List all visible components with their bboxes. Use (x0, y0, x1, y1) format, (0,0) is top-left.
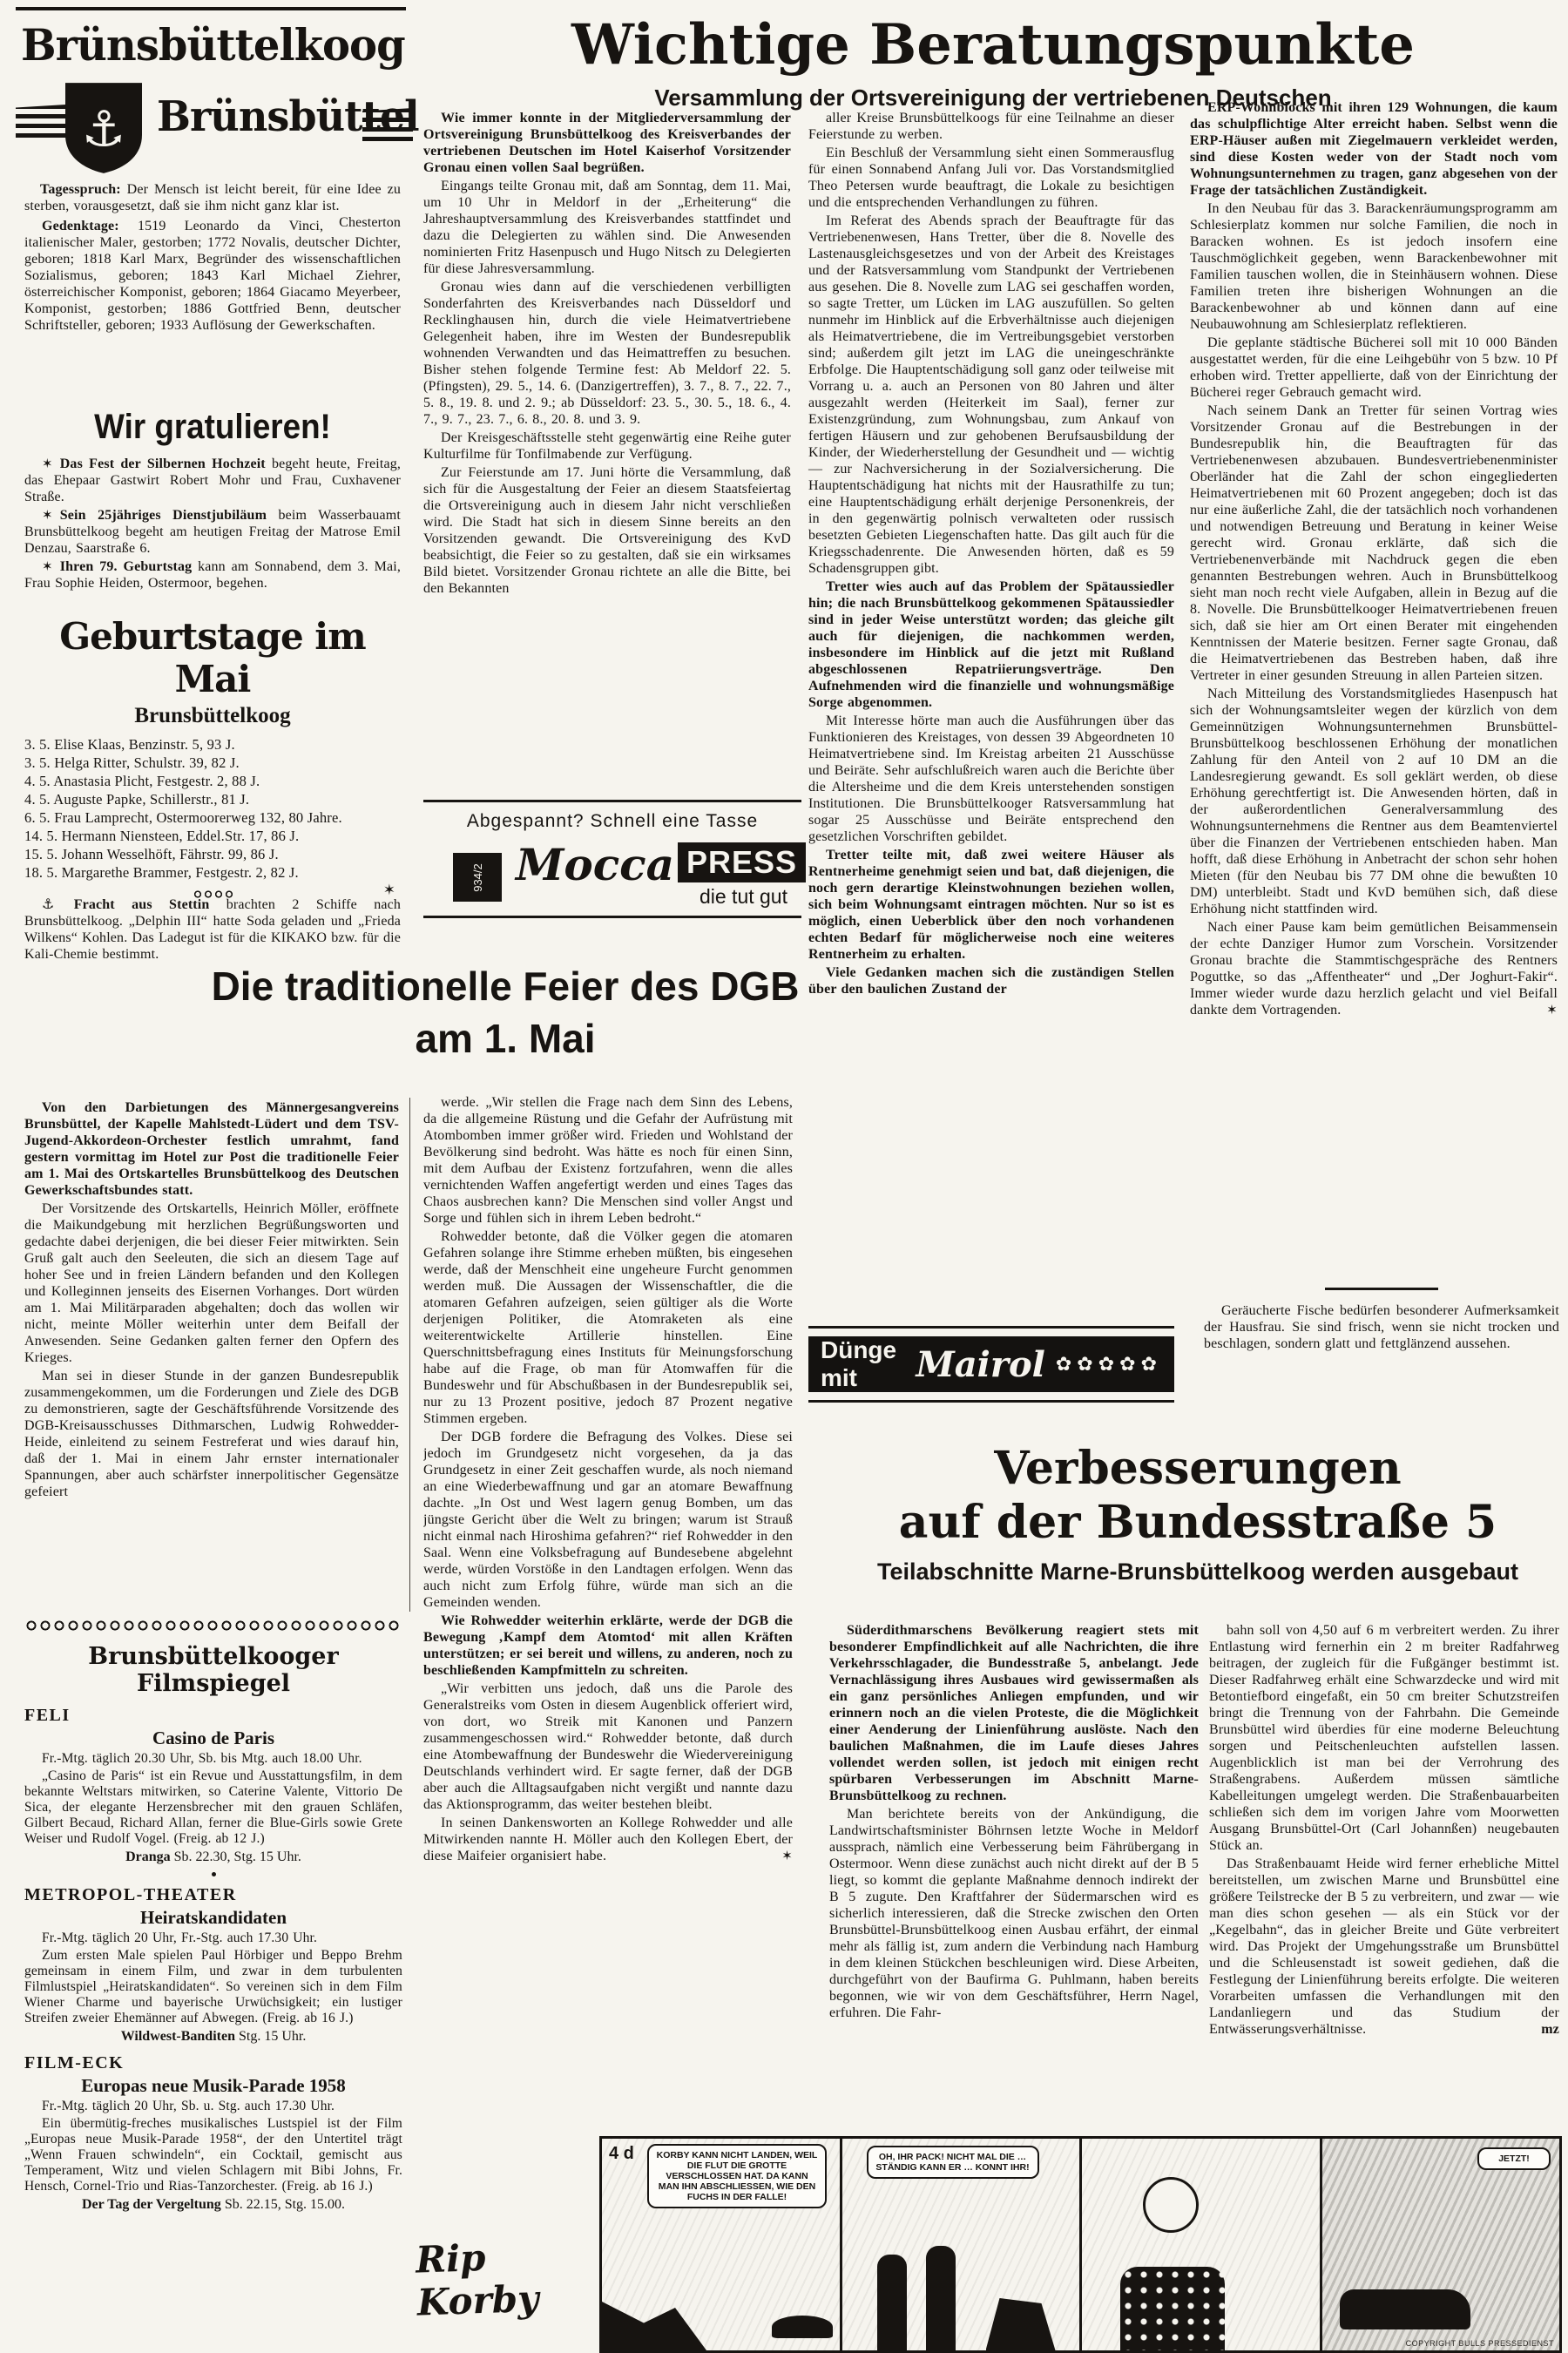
film-title: Casino de Paris (24, 1728, 402, 1749)
paragraph: 4. 5. Auguste Papke, Schillerstr., 81 J. (24, 790, 401, 808)
paragraph: Süderdithmarschens Bevölkerung reagiert … (829, 1622, 1199, 1804)
ship-icon: ⚓ (42, 896, 74, 912)
film-times: Fr.-Mtg. täglich 20 Uhr, Fr.-Stg. auch 1… (24, 1930, 402, 1946)
paragraph: Man berichtete bereits von der Ankündigu… (829, 1806, 1199, 2021)
speech-bubble: Korby kann nicht landen, weil die Flut d… (647, 2144, 827, 2208)
main-article-col1: Wie immer konnte in der Mitgliederversam… (423, 110, 791, 598)
paragraph: Ein Beschluß der Versammlung sieht einen… (808, 145, 1174, 211)
strasse-headline-line1: Verbesserungen (832, 1442, 1564, 1496)
ad-code-box: 934/2 (453, 853, 502, 902)
film-times: Fr.-Mtg. täglich 20.30 Uhr, Sb. bis Mtg.… (24, 1751, 402, 1767)
paragraph: Zur Feierstunde am 17. Juni hörte die Ve… (423, 464, 791, 597)
car-silhouette (1340, 2289, 1470, 2329)
film-extra: Der Tag der Vergeltung Sb. 22.15, Stg. 1… (24, 2197, 402, 2213)
figure-silhouette (877, 2255, 907, 2350)
paragraph: Gronau wies dann auf die verschiedenen v… (423, 279, 791, 428)
boat-silhouette (772, 2316, 833, 2338)
strasse-article-col2: bahn soll von 4,50 auf 6 m verbreitert w… (1209, 1622, 1559, 2039)
fische-note: Geräucherte Fische bedürfen besonderer A… (1204, 1288, 1559, 1354)
film-extra: Dranga Sb. 22.30, Stg. 15 Uhr. (24, 1849, 402, 1865)
paragraph: Nach einer Pause kam beim gemütlichen Be… (1190, 919, 1558, 1018)
gratulieren-item: ✶Das Fest der Silbernen Hochzeit begeht … (24, 456, 401, 505)
dgb-article-col2: werde. „Wir stellen die Frage nach dem S… (423, 1094, 793, 2127)
cinema-name: METROPOL-THEATER (24, 1885, 402, 1905)
film-extra: Wildwest-Banditen Stg. 15 Uhr. (24, 2029, 402, 2045)
gedenktage: Gedenktage: 1519 Leonardo da Vinci, ital… (24, 218, 401, 334)
geburtstage-section: Geburtstage im Mai Brunsbüttelkoog 3. 5.… (24, 615, 401, 898)
strip-label: 4 d (609, 2144, 634, 2164)
end-star-icon: ✶ (781, 1848, 793, 1864)
town-crest-icon: ⚓ (61, 80, 146, 176)
copyright-line: COPYRIGHT BULLS PRESSEDIENST (1406, 2339, 1554, 2348)
masthead-flourish-left (16, 105, 66, 143)
paragraph: Rohwedder betonte, daß die Völker gegen … (423, 1228, 793, 1427)
film-title: Heiratskandidaten (24, 1907, 402, 1929)
cinema-feli: FELI Casino de Paris Fr.-Mtg. täglich 20… (24, 1706, 402, 1876)
flower-pot-icons: ✿✿✿✿✿ (1056, 1354, 1162, 1376)
dgb-headline-line2: am 1. Mai (157, 1012, 854, 1065)
dgb-headline-line1: Die traditionelle Feier des DGB (157, 960, 854, 1012)
geburtstage-title: Geburtstage im Mai (24, 615, 401, 700)
face-outline (1143, 2177, 1199, 2233)
mocca-press-ad: Abgespannt? Schnell eine Tasse 934/2 Moc… (423, 800, 801, 918)
fracht-note: ⚓Fracht aus Stettin brachten 2 Schiffe n… (24, 896, 401, 964)
masthead-flourish-right (362, 108, 413, 146)
article-bundesstrasse-header: Verbesserungen auf der Bundesstraße 5 Te… (832, 1442, 1564, 1586)
paragraph: Im Referat des Abends sprach der Beauftr… (808, 213, 1174, 577)
wave-divider (24, 1620, 402, 1631)
paragraph: „Wir verbitten uns jedoch, daß uns die P… (423, 1680, 793, 1813)
mairol-logo: Mairol (916, 1344, 1044, 1385)
gratulieren-item: ✶Sein 25jähriges Dienstjubiläum beim Was… (24, 507, 401, 557)
hut-silhouette (986, 2298, 1056, 2350)
paragraph: Der Vorsitzende des Ortskartells, Heinri… (24, 1200, 399, 1366)
mairol-ad-text: Dünge mit (821, 1336, 905, 1392)
paragraph: Der DGB fordere die Befragung des Volkes… (423, 1429, 793, 1611)
dgb-article-col1: Von den Darbietungen des Männergesangver… (24, 1099, 399, 1502)
paragraph: Wie Rohwedder weiterhin erklärte, werde … (423, 1613, 793, 1679)
comic-strip: 4 d Korby kann nicht landen, weil die Fl… (599, 2136, 1562, 2353)
paragraph: Das Straßenbauamt Heide wird ferner erhe… (1209, 1856, 1559, 2038)
comic-panel-3 (1082, 2139, 1322, 2350)
paragraph: Man sei in dieser Stunde in der ganzen B… (24, 1368, 399, 1500)
paragraph: 18. 5. Margarethe Brammer, Festgestr. 2,… (24, 863, 401, 882)
column-rule (409, 1098, 410, 1612)
film-review: Zum ersten Male spielen Paul Hörbiger un… (24, 1948, 402, 2026)
paragraph: 15. 5. Johann Wesselhöft, Fährstr. 99, 8… (24, 845, 401, 863)
strasse-headline-line2: auf der Bundesstraße 5 (832, 1496, 1564, 1550)
comic-signature: Rip Korby (415, 2232, 600, 2323)
paragraph: In seinen Dankensworten an Kollege Rohwe… (423, 1815, 793, 1864)
paragraph: 14. 5. Hermann Niensteen, Eddel.Str. 17,… (24, 827, 401, 845)
mairol-ad: Dünge mit Mairol ✿✿✿✿✿ (808, 1326, 1174, 1403)
mocca-script-logo: Mocca (516, 839, 674, 890)
gratulieren-title: Wir gratulieren! (39, 408, 385, 447)
paragraph: 6. 5. Frau Lamprecht, Ostermoorerweg 132… (24, 808, 401, 827)
speech-bubble: Jetzt! (1477, 2147, 1551, 2170)
main-headline: Wichtige Beratungspunkte (436, 12, 1551, 78)
speech-bubble: Oh, ihr Pack! Nicht mal die … ständig ka… (867, 2146, 1039, 2179)
geburtstage-subtitle: Brunsbüttelkoog (24, 704, 401, 728)
mocca-ad-line1: Abgespannt? Schnell eine Tasse (429, 811, 796, 832)
gedenktage-label: Gedenktage: (42, 219, 119, 233)
star-icon: ✶ (42, 507, 60, 523)
paragraph: Die geplante städtische Bücherei soll mi… (1190, 335, 1558, 401)
gratulieren-item: ✶Ihren 79. Geburtstag kann am Sonnabend,… (24, 558, 401, 592)
paragraph: Tretter teilte mit, daß zwei weitere Häu… (808, 847, 1174, 963)
svg-text:⚓: ⚓ (82, 100, 126, 158)
masthead: Brünsbüttelkoog ⚓ Brünsbüttel (16, 17, 408, 174)
film-title: Europas neue Musik-Parade 1958 (24, 2075, 402, 2097)
paragraph: Tretter wies auch auf das Problem der Sp… (808, 578, 1174, 711)
paragraph: Wie immer konnte in der Mitgliederversam… (423, 110, 791, 176)
mocca-press-box: PRESS (678, 842, 806, 882)
author-initials: mz (1541, 2021, 1559, 2038)
filmspiegel-section: Brunsbüttelkooger Filmspiegel FELI Casin… (24, 1620, 402, 2350)
paragraph: 3. 5. Elise Klaas, Benzinstr. 5, 93 J. (24, 735, 401, 754)
main-article-col2: aller Kreise Brunsbüttelkoogs für eine T… (808, 110, 1174, 999)
film-review: Ein übermütig-freches musikalisches Lust… (24, 2116, 402, 2194)
strasse-subheadline: Teilabschnitte Marne-Brunsbüttelkoog wer… (832, 1559, 1564, 1586)
masthead-line1: Brünsbüttelkoog (21, 19, 405, 71)
paragraph: Von den Darbietungen des Männergesangver… (24, 1099, 399, 1199)
tagesspruch: Tagesspruch: Der Mensch ist leicht berei… (24, 181, 401, 214)
comic-panel-1: 4 d Korby kann nicht landen, weil die Fl… (602, 2139, 842, 2350)
paragraph: bahn soll von 4,50 auf 6 m verbreitert w… (1209, 1622, 1559, 1854)
comic-panel-2: Oh, ihr Pack! Nicht mal die … ständig ka… (842, 2139, 1083, 2350)
dot-divider (212, 1872, 216, 1876)
article-wichtige-beratungspunkte-header: Wichtige Beratungspunkte Versammlung der… (436, 12, 1551, 112)
fracht-lead: Fracht aus Stettin (74, 897, 210, 912)
star-icon: ✶ (42, 456, 60, 471)
star-icon: ✶ (42, 558, 60, 574)
cinema-metropol: METROPOL-THEATER Heiratskandidaten Fr.-M… (24, 1885, 402, 2045)
paragraph: In den Neubau für das 3. Barackenräumung… (1190, 200, 1558, 333)
paragraph: Mit Interesse hörte man auch die Ausführ… (808, 713, 1174, 845)
quote-author: Chesterton (323, 214, 401, 231)
strasse-article-col1: Süderdithmarschens Bevölkerung reagiert … (829, 1622, 1199, 2023)
cinema-film-eck: FILM-ECK Europas neue Musik-Parade 1958 … (24, 2053, 402, 2213)
paragraph: ERP-Wohnblocks mit ihren 129 Wohnungen, … (1190, 99, 1558, 199)
polka-dot-dress (1120, 2267, 1225, 2350)
cinema-name: FELI (24, 1706, 402, 1726)
paragraph: Nach Mitteilung des Vorstandsmitgliedes … (1190, 686, 1558, 917)
gratulieren-section: Wir gratulieren! ✶Das Fest der Silbernen… (24, 408, 401, 593)
paragraph: Der Kreisgeschäftsstelle steht gegenwärt… (423, 429, 791, 463)
paragraph: Eingangs teilte Gronau mit, daß am Sonnt… (423, 178, 791, 277)
article-dgb-header: Die traditionelle Feier des DGB am 1. Ma… (157, 960, 854, 1065)
paragraph: 3. 5. Helga Ritter, Schulstr. 39, 82 J. (24, 754, 401, 772)
film-review: „Casino de Paris“ ist ein Revue und Auss… (24, 1768, 402, 1847)
paragraph: aller Kreise Brunsbüttelkoogs für eine T… (808, 110, 1174, 143)
paragraph: Viele Gedanken machen sich die zuständig… (808, 964, 1174, 997)
rocks-silhouette (602, 2289, 706, 2350)
newspaper-page: Brünsbüttelkoog ⚓ Brünsbüttel Tagesspruc… (0, 0, 1568, 2353)
figure-silhouette (926, 2246, 956, 2350)
end-star-icon: ✶ (1546, 1002, 1558, 1018)
paragraph: 4. 5. Anastasia Plicht, Festgestr. 2, 88… (24, 772, 401, 790)
paragraph: werde. „Wir stellen die Frage nach dem S… (423, 1094, 793, 1227)
cinema-name: FILM-ECK (24, 2053, 402, 2073)
tagesspruch-label: Tagesspruch: (40, 182, 121, 197)
geburtstage-list: 3. 5. Elise Klaas, Benzinstr. 5, 93 J.3.… (24, 735, 401, 882)
masthead-top-rule (16, 7, 406, 10)
mocca-tagline: die tut gut (700, 885, 787, 909)
daily-motto-block: Tagesspruch: Der Mensch ist leicht berei… (24, 181, 401, 335)
main-article-col3: ERP-Wohnblocks mit ihren 129 Wohnungen, … (1190, 99, 1558, 1020)
filmspiegel-title: Brunsbüttelkooger Filmspiegel (24, 1643, 402, 1697)
paragraph: Nach seinem Dank an Tretter für seinen V… (1190, 402, 1558, 684)
mocca-brand: Mocca PRESS (516, 839, 806, 890)
comic-panel-4: Jetzt! COPYRIGHT BULLS PRESSEDIENST (1322, 2139, 1560, 2350)
film-times: Fr.-Mtg. täglich 20 Uhr, Sb. u. Stg. auc… (24, 2099, 402, 2114)
